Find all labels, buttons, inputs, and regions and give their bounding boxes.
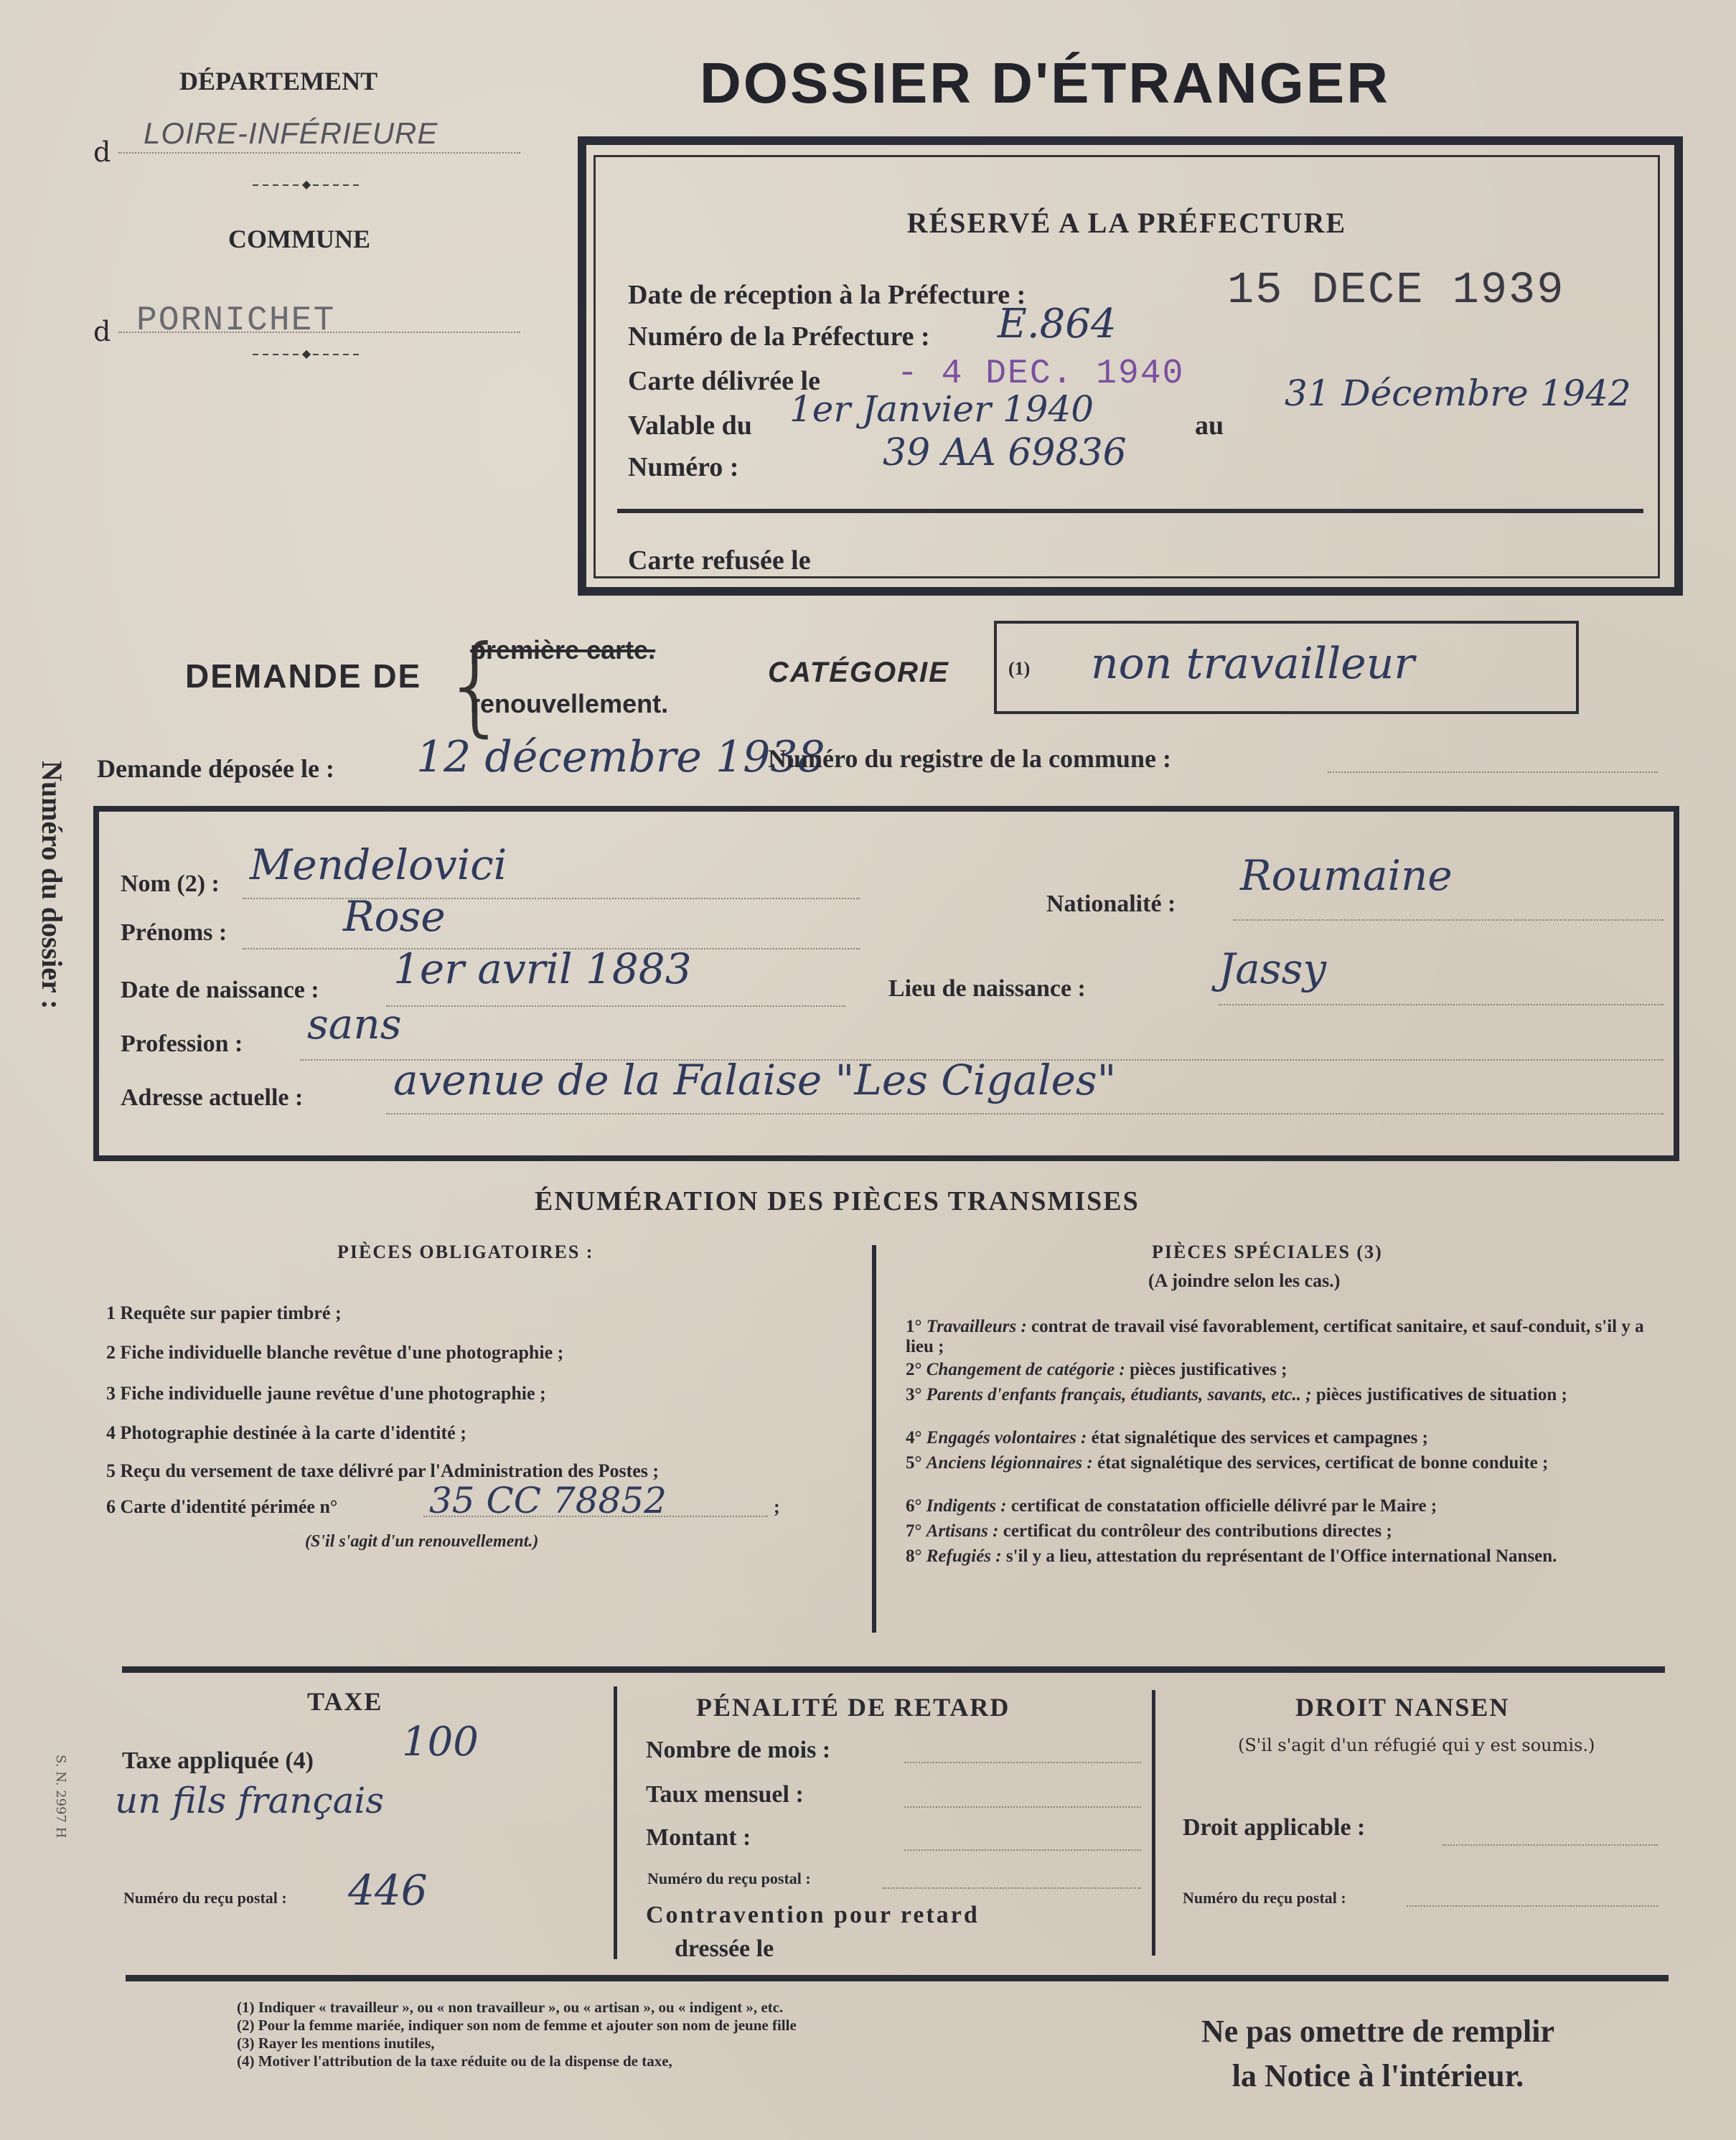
- option-renouvellement[interactable]: renouvellement.: [470, 689, 668, 719]
- carte-perimee-field-line: [423, 1516, 768, 1517]
- footnote-3: (3) Rayer les mentions inutiles,: [237, 2035, 435, 2052]
- item-text: certificat du contrôleur des contributio…: [1003, 1521, 1392, 1541]
- lieu-naissance-value[interactable]: Jassy: [1219, 944, 1326, 993]
- section-divider: [1152, 1690, 1155, 1956]
- demande-deposee-value[interactable]: 12 décembre 1938: [416, 732, 825, 782]
- item-number: 3°: [906, 1385, 922, 1404]
- registre-commune-label: Numéro du registre de la commune :: [768, 743, 1171, 774]
- item-number: 1°: [906, 1317, 922, 1336]
- obligatoire-item: 4 Photographie destinée à la carte d'ide…: [106, 1422, 466, 1444]
- item-number: 5°: [906, 1453, 922, 1473]
- nom-field-line: [243, 898, 860, 899]
- numero-dossier-vertical-label: Numéro du dossier :: [26, 761, 83, 1191]
- enumeration-column-divider: [872, 1245, 876, 1633]
- registre-commune-field[interactable]: [1328, 771, 1658, 773]
- obligatoire-item: 1 Requête sur papier timbré ;: [106, 1303, 342, 1324]
- prefecture-heading: RÉSERVÉ A LA PRÉFECTURE: [596, 206, 1658, 240]
- penalite-recu-label: Numéro du reçu postal :: [647, 1869, 811, 1888]
- departement-prefix: d: [93, 136, 111, 168]
- reception-date-stamp: 15 DECE 1939: [1227, 265, 1564, 316]
- taxe-appliquee-value[interactable]: 100: [402, 1719, 479, 1765]
- adresse-field-line: [386, 1113, 1664, 1114]
- penalite-recu-field[interactable]: [883, 1887, 1141, 1889]
- montant-label: Montant :: [646, 1824, 751, 1852]
- categorie-value[interactable]: non travailleur: [1091, 639, 1414, 689]
- nationalite-value[interactable]: Roumaine: [1240, 851, 1453, 900]
- card-number-value: 39 AA 69836: [883, 431, 1127, 474]
- ornament-divider-icon: [253, 354, 360, 355]
- reception-date-label: Date de réception à la Préfecture :: [628, 279, 1026, 311]
- taxe-heading: TAXE: [307, 1686, 383, 1717]
- speciale-item: 6° Indigents : certificat de constatatio…: [906, 1496, 1666, 1516]
- item-title: Refugiés :: [926, 1547, 1002, 1566]
- notice-line-1: Ne pas omettre de remplir: [1091, 2009, 1665, 2054]
- print-code: S. N. 2997 H: [53, 1755, 68, 1838]
- lieu-naissance-field-line: [1219, 1004, 1664, 1005]
- pieces-speciales-heading: PIÈCES SPÉCIALES (3): [1152, 1242, 1383, 1263]
- taxe-motif-value[interactable]: un fils français: [115, 1780, 384, 1821]
- profession-label: Profession :: [121, 1031, 243, 1058]
- prefecture-divider: [617, 509, 1643, 513]
- speciale-item: 7° Artisans : certificat du contrôleur d…: [906, 1521, 1666, 1541]
- demande-deposee-label: Demande déposée le :: [97, 754, 334, 784]
- card-delivered-stamp: - 4 DEC. 1940: [897, 355, 1184, 393]
- commune-label: COMMUNE: [228, 224, 370, 254]
- nansen-heading: DROIT NANSEN: [1295, 1692, 1509, 1722]
- nombre-mois-field[interactable]: [904, 1762, 1141, 1763]
- item-number: 7°: [906, 1521, 922, 1541]
- item-text: état signalétique des services, certific…: [1097, 1453, 1548, 1473]
- item-text: état signalétique des services et campag…: [1092, 1428, 1428, 1447]
- dressee-le-label: dressée le: [675, 1935, 774, 1963]
- demande-label: DEMANDE DE: [185, 657, 421, 695]
- departement-value: LOIRE-INFÉRIEURE: [144, 116, 438, 151]
- section-top-rule: [122, 1666, 1665, 1673]
- identity-box: Nom (2) : Mendelovici Prénoms : Rose Nat…: [93, 806, 1679, 1161]
- nombre-mois-label: Nombre de mois :: [646, 1737, 830, 1764]
- card-refused-label: Carte refusée le: [628, 545, 811, 576]
- renouvellement-note: (S'il s'agit d'un renouvellement.): [305, 1532, 538, 1552]
- taxe-appliquee-label: Taxe appliquée (4): [122, 1747, 314, 1775]
- prefecture-inner-border: RÉSERVÉ A LA PRÉFECTURE Date de réceptio…: [593, 155, 1660, 578]
- item-title: Anciens légionnaires :: [926, 1453, 1093, 1473]
- profession-value[interactable]: sans: [307, 1000, 401, 1048]
- droit-applicable-field[interactable]: [1442, 1844, 1658, 1846]
- item-title: Travailleurs :: [926, 1317, 1027, 1336]
- item-number: 4°: [906, 1428, 922, 1447]
- obligatoire-item: 3 Fiche individuelle jaune revêtue d'une…: [106, 1383, 546, 1404]
- carte-perimee-semicolon: ;: [774, 1496, 780, 1518]
- contravention-label: Contravention pour retard: [646, 1902, 980, 1929]
- departement-label: DÉPARTEMENT: [179, 66, 377, 96]
- numero-dossier-text: Numéro du dossier :: [35, 761, 69, 1009]
- prenoms-value[interactable]: Rose: [343, 892, 446, 941]
- date-naissance-label: Date de naissance :: [121, 977, 319, 1004]
- valid-from-label: Valable du: [628, 410, 752, 441]
- footnote-4: (4) Motiver l'attribution de la taxe réd…: [237, 2052, 672, 2070]
- speciale-item: 3° Parents d'enfants français, étudiants…: [906, 1385, 1666, 1405]
- speciale-item: 1° Travailleurs : contrat de travail vis…: [906, 1317, 1666, 1357]
- notice-line-2: la Notice à l'intérieur.: [1091, 2054, 1665, 2098]
- valid-to-value: 31 Décembre 1942: [1285, 372, 1631, 414]
- speciale-item: 2° Changement de catégorie : pièces just…: [906, 1360, 1666, 1380]
- taxe-recu-value[interactable]: 446: [348, 1866, 428, 1915]
- pieces-speciales-subheading: (A joindre selon les cas.): [1148, 1270, 1340, 1292]
- item-text: pièces justificatives de situation ;: [1316, 1385, 1567, 1404]
- obligatoire-item: 5 Reçu du versement de taxe délivré par …: [106, 1460, 659, 1482]
- item-number: 2°: [906, 1360, 922, 1379]
- pieces-obligatoires-heading: PIÈCES OBLIGATOIRES :: [337, 1242, 593, 1263]
- speciale-item: 5° Anciens légionnaires : état signaléti…: [906, 1453, 1666, 1473]
- taux-mensuel-field[interactable]: [904, 1806, 1141, 1808]
- option-premiere-carte[interactable]: première carte.: [470, 635, 655, 665]
- speciale-item: 4° Engagés volontaires : état signalétiq…: [906, 1428, 1666, 1448]
- card-number-label: Numéro :: [628, 451, 738, 483]
- prefecture-number-label: Numéro de la Préfecture :: [628, 321, 930, 352]
- item-title: Indigents :: [926, 1496, 1007, 1516]
- nansen-subheading: (S'il s'agit d'un réfugié qui y est soum…: [1238, 1735, 1595, 1755]
- item-title: Changement de catégorie :: [926, 1360, 1125, 1379]
- page-title: DOSSIER D'ÉTRANGER: [700, 50, 1390, 116]
- adresse-value[interactable]: avenue de la Falaise "Les Cigales": [393, 1056, 1116, 1104]
- enumeration-heading: ÉNUMÉRATION DES PIÈCES TRANSMISES: [535, 1186, 1140, 1217]
- nom-value[interactable]: Mendelovici: [250, 840, 507, 889]
- item-number: 6°: [906, 1496, 922, 1516]
- section-divider: [614, 1686, 617, 1959]
- footnote-2: (2) Pour la femme mariée, indiquer son n…: [237, 2017, 797, 2035]
- date-naissance-value[interactable]: 1er avril 1883: [393, 944, 692, 993]
- notice-reminder: Ne pas omettre de remplir la Notice à l'…: [1091, 2009, 1665, 2098]
- taux-mensuel-label: Taux mensuel :: [646, 1781, 804, 1808]
- taxe-recu-label: Numéro du reçu postal :: [123, 1889, 287, 1907]
- item-title: Engagés volontaires :: [926, 1428, 1087, 1447]
- ornament-divider-icon: [253, 184, 360, 186]
- nansen-recu-field[interactable]: [1407, 1905, 1658, 1907]
- obligatoire-item: 2 Fiche individuelle blanche revêtue d'u…: [106, 1342, 563, 1364]
- categorie-footnote-ref: (1): [1008, 658, 1030, 680]
- item-title: Artisans :: [926, 1521, 999, 1541]
- footnote-1: (1) Indiquer « travailleur », ou « non t…: [237, 1999, 783, 2017]
- droit-applicable-label: Droit applicable :: [1183, 1814, 1365, 1841]
- nationalite-field-line: [1233, 919, 1664, 921]
- valid-to-label: au: [1195, 410, 1224, 441]
- item-title: Parents d'enfants français, étudiants, s…: [926, 1385, 1312, 1404]
- prenoms-label: Prénoms :: [121, 919, 227, 947]
- adresse-label: Adresse actuelle :: [121, 1084, 303, 1112]
- penalite-heading: PÉNALITÉ DE RETARD: [696, 1692, 1010, 1722]
- item-number: 8°: [906, 1547, 922, 1566]
- nationalite-label: Nationalité :: [1046, 891, 1176, 918]
- categorie-label: CATÉGORIE: [768, 657, 949, 689]
- prefecture-reserved-box: RÉSERVÉ A LA PRÉFECTURE Date de réceptio…: [578, 136, 1683, 596]
- item-text: certificat de constatation officielle dé…: [1011, 1496, 1437, 1516]
- commune-prefix: d: [93, 316, 111, 347]
- obligatoire-item: 6 Carte d'identité périmée n°: [106, 1496, 337, 1518]
- montant-field[interactable]: [904, 1849, 1141, 1851]
- lieu-naissance-label: Lieu de naissance :: [888, 975, 1086, 1003]
- item-text: pièces justificatives ;: [1130, 1360, 1287, 1379]
- date-naissance-field-line: [386, 1005, 845, 1007]
- nom-label: Nom (2) :: [121, 870, 220, 898]
- prefecture-number-value: E.864: [998, 301, 1117, 347]
- item-text: s'il y a lieu, attestation du représenta…: [1006, 1547, 1557, 1566]
- commune-field-line: [118, 332, 520, 333]
- section-bottom-rule: [126, 1975, 1669, 1981]
- commune-stamp-value: PORNICHET: [136, 301, 335, 340]
- valid-from-value: 1er Janvier 1940: [789, 388, 1094, 430]
- departement-field-line: [118, 152, 520, 154]
- speciale-item: 8° Refugiés : s'il y a lieu, attestation…: [906, 1547, 1666, 1567]
- nansen-recu-label: Numéro du reçu postal :: [1183, 1889, 1346, 1907]
